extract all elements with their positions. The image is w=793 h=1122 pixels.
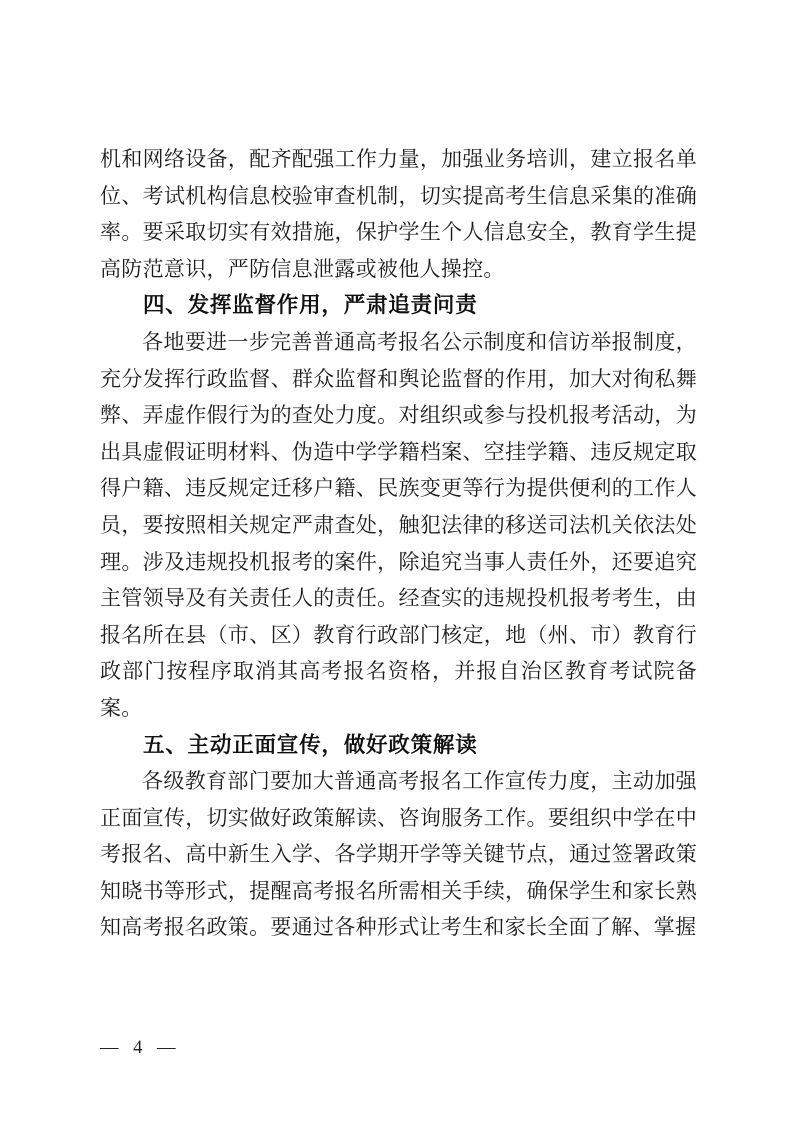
- body-paragraph-section-4: 各地要进一步完善普通高考报名公示制度和信访举报制度，充分发挥行政监督、群众监督和…: [100, 324, 697, 727]
- document-body: 机和网络设备，配齐配强工作力量，加强业务培训，建立报名单位、考试机构信息校验审查…: [100, 141, 697, 946]
- section-heading-4: 四、发挥监督作用，严肃追责问责: [100, 287, 697, 324]
- page-number: — 4 —: [100, 1038, 181, 1058]
- body-paragraph-section-5: 各级教育部门要加大普通高考报名工作宣传力度，主动加强正面宣传，切实做好政策解读、…: [100, 763, 697, 946]
- section-heading-5: 五、主动正面宣传，做好政策解读: [100, 727, 697, 764]
- body-paragraph-continuation: 机和网络设备，配齐配强工作力量，加强业务培训，建立报名单位、考试机构信息校验审查…: [100, 141, 697, 287]
- document-page: 机和网络设备，配齐配强工作力量，加强业务培训，建立报名单位、考试机构信息校验审查…: [0, 0, 793, 1122]
- page-footer: — 4 —: [100, 1036, 181, 1060]
